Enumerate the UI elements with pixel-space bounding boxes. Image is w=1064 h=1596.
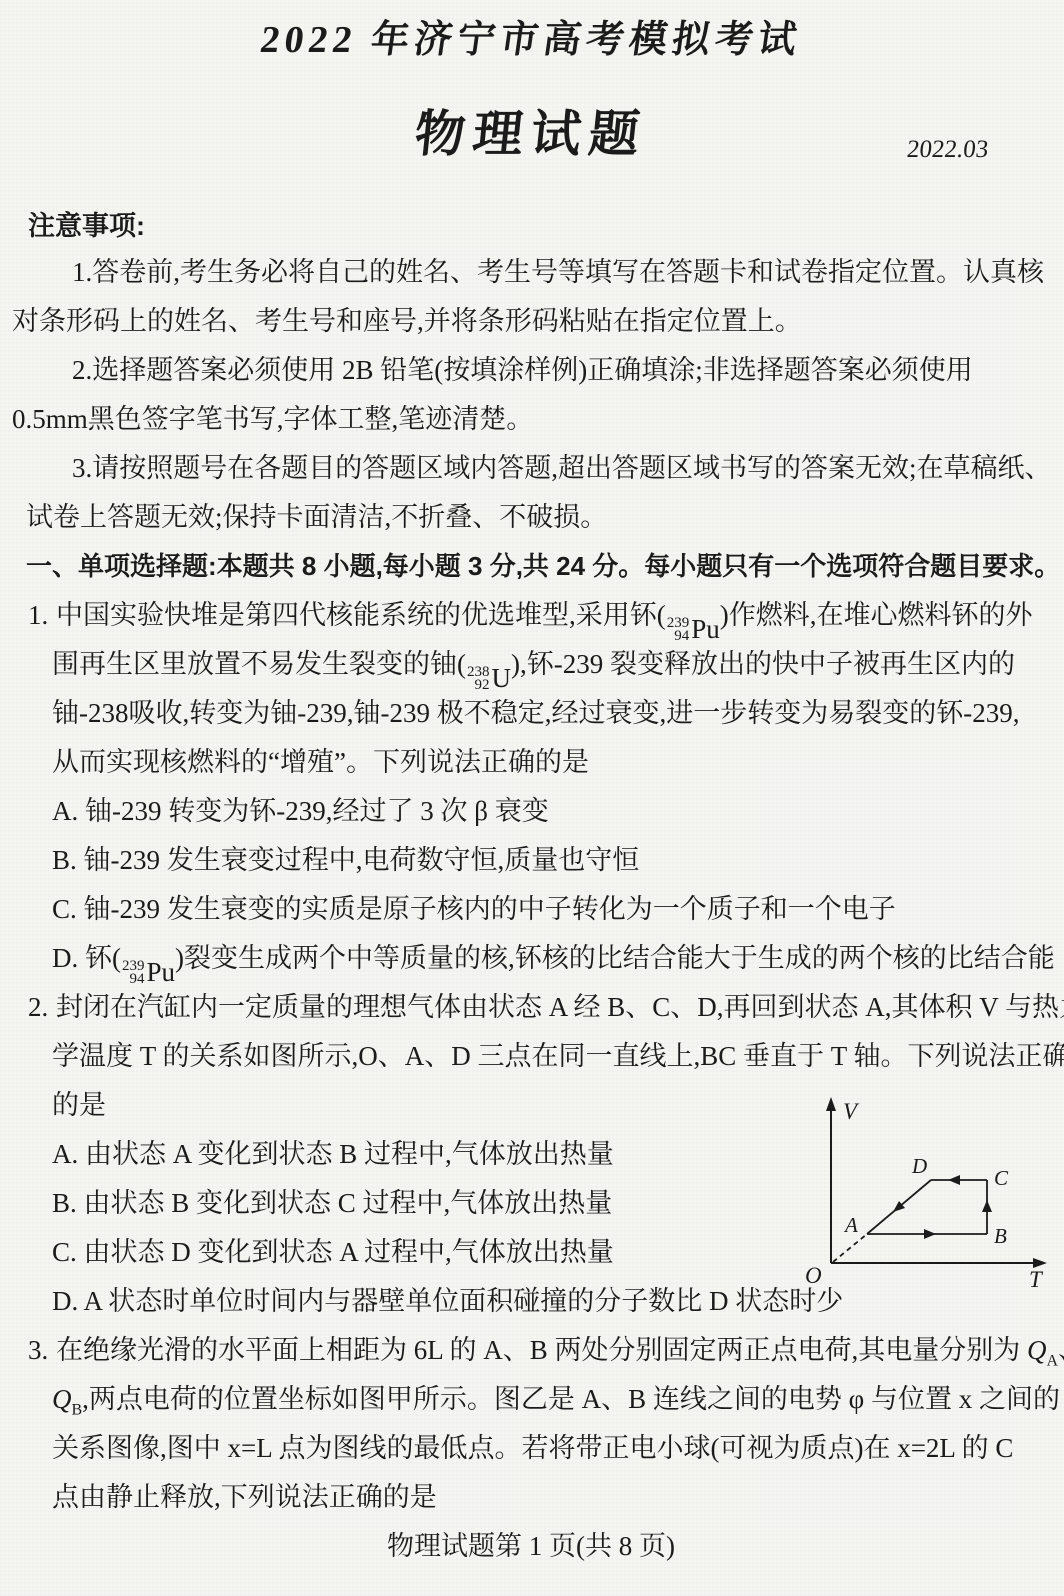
q1-number: 1. (28, 591, 52, 640)
arrow-c-to-d-icon (948, 1175, 960, 1185)
notice-1-line-2: 对条形码上的姓名、考生号和座号,并将条形码粘贴在指定位置上。 (12, 297, 1050, 346)
q2-line-2: 学温度 T 的关系如图所示,O、A、D 三点在同一直线上,BC 垂直于 T 轴。… (12, 1032, 1050, 1081)
nuclide-atomic-number: 94 (130, 973, 145, 986)
charge-qa-subscript: A (1047, 1352, 1059, 1369)
vt-diagram: V T O A B C D (795, 1085, 1060, 1295)
point-a-label: A (843, 1213, 858, 1237)
q3-line-1: 3.在绝缘光滑的水平面上相距为 6L 的 A、B 两处分别固定两正点电荷,其电量… (12, 1326, 1050, 1375)
notice-3-line-2: 试卷上答题无效;保持卡面清洁,不折叠、不破损。 (12, 493, 1050, 542)
q1-line-3: 铀-238吸收,转变为铀-239,铀-239 极不稳定,经过衰变,进一步转变为易… (12, 689, 1050, 738)
v-axis-label: V (843, 1099, 860, 1124)
subject-title-row: 物理试题 2022.03 (12, 100, 1050, 168)
subject-title: 物理试题 (411, 100, 650, 168)
q1-option-d: D. 钚(23994Pu)裂变生成两个中等质量的核,钚核的比结合能大于生成的两个… (12, 934, 1050, 983)
q3-line-4: 点由静止释放,下列说法正确的是 (12, 1473, 1050, 1522)
exam-date: 2022.03 (905, 136, 989, 164)
point-d-label: D (911, 1154, 927, 1178)
charge-qa-symbol: Q (1027, 1335, 1047, 1365)
t-axis-label: T (1029, 1267, 1044, 1292)
notice-3-line-1: 3.请按照题号在各题目的答题区域内答题,超出答题区域书写的答案无效;在草稿纸、 (12, 444, 1050, 493)
q1-line-1-tail: )作燃料,在堆心燃料钚的外 (720, 600, 1033, 630)
origin-label: O (805, 1263, 822, 1288)
q1-line-2-text: 围再生区里放置不易发生裂变的铀( (52, 649, 466, 679)
exam-title: 2022 年济宁市高考模拟考试 (8, 14, 1053, 66)
charge-qb-subscript: B (72, 1401, 83, 1418)
q2-line-1: 2.封闭在汽缸内一定质量的理想气体由状态 A 经 B、C、D,再回到状态 A,其… (12, 983, 1050, 1032)
charge-qb-symbol: Q (52, 1384, 72, 1414)
q1-option-d-text: D. 钚( (52, 943, 121, 973)
q2-number: 2. (28, 983, 52, 1032)
q3-line-3: 关系图像,图中 x=L 点为图线的最低点。若将带正电小球(可视为质点)在 x=2… (12, 1424, 1050, 1473)
dashed-oa-line (833, 1234, 867, 1262)
q1-option-a: A. 铀-239 转变为钚-239,经过了 3 次 β 衰变 (12, 787, 1050, 836)
q2-line-1-text: 封闭在汽缸内一定质量的理想气体由状态 A 经 B、C、D,再回到状态 A,其体积… (56, 992, 1064, 1022)
q1-line-2-tail: ),钚-239 裂变释放出的快中子被再生区内的 (511, 649, 1015, 679)
q3-line-1-text: 在绝缘光滑的水平面上相距为 6L 的 A、B 两处分别固定两正点电荷,其电量分别… (56, 1335, 1027, 1365)
point-b-label: B (994, 1224, 1007, 1248)
exam-paper-page: 2022 年济宁市高考模拟考试 物理试题 2022.03 注意事项: 1.答卷前… (0, 0, 1064, 1596)
q3-line-2-text: ,两点电荷的位置坐标如图甲所示。图乙是 A、B 连线之间的电势 φ 与位置 x … (82, 1384, 1060, 1414)
arrow-b-to-c-icon (982, 1200, 992, 1212)
q1-line-1-text: 中国实验快堆是第四代核能系统的优选堆型,采用钚( (56, 600, 666, 630)
q3-line-2: QB,两点电荷的位置坐标如图甲所示。图乙是 A、B 连线之间的电势 φ 与位置 … (12, 1375, 1050, 1424)
notice-2-line-1: 2.选择题答案必须使用 2B 铅笔(按填涂样例)正确填涂;非选择题答案必须使用 (12, 346, 1050, 395)
nuclide-atomic-number: 92 (475, 679, 490, 692)
q1-line-2: 围再生区里放置不易发生裂变的铀(23892U),钚-239 裂变释放出的快中子被… (12, 640, 1050, 689)
q3-line-1-tail: 、 (1058, 1335, 1064, 1365)
notice-2-line-2: 0.5mm黑色签字笔书写,字体工整,笔迹清楚。 (12, 395, 1050, 444)
q1-line-1: 1.中国实验快堆是第四代核能系统的优选堆型,采用钚(23994Pu)作燃料,在堆… (12, 591, 1050, 640)
q1-line-4: 从而实现核燃料的“增殖”。下列说法正确的是 (12, 738, 1050, 787)
q1-option-c: C. 铀-239 发生衰变的实质是原子核内的中子转化为一个质子和一个电子 (12, 885, 1050, 934)
q1-option-b: B. 铀-239 发生衰变过程中,电荷数守恒,质量也守恒 (12, 836, 1050, 885)
q3-number: 3. (28, 1326, 52, 1375)
notice-1-line-1: 1.答卷前,考生务必将自己的姓名、考生号等填写在答题卡和试卷指定位置。认真核 (12, 248, 1050, 297)
notice-heading: 注意事项: (12, 204, 1050, 248)
q1-option-d-tail: )裂变生成两个中等质量的核,钚核的比结合能大于生成的两个核的比结合能 (175, 943, 1055, 973)
arrow-a-to-b-icon (924, 1229, 936, 1239)
point-c-label: C (994, 1166, 1009, 1190)
page-footer: 物理试题第 1 页(共 8 页) (12, 1522, 1050, 1571)
nuclide-atomic-number: 94 (674, 630, 689, 643)
section-1-heading: 一、单项选择题:本题共 8 小题,每小题 3 分,共 24 分。每小题只有一个选… (12, 542, 1050, 591)
v-axis-arrow-icon (826, 1097, 836, 1111)
